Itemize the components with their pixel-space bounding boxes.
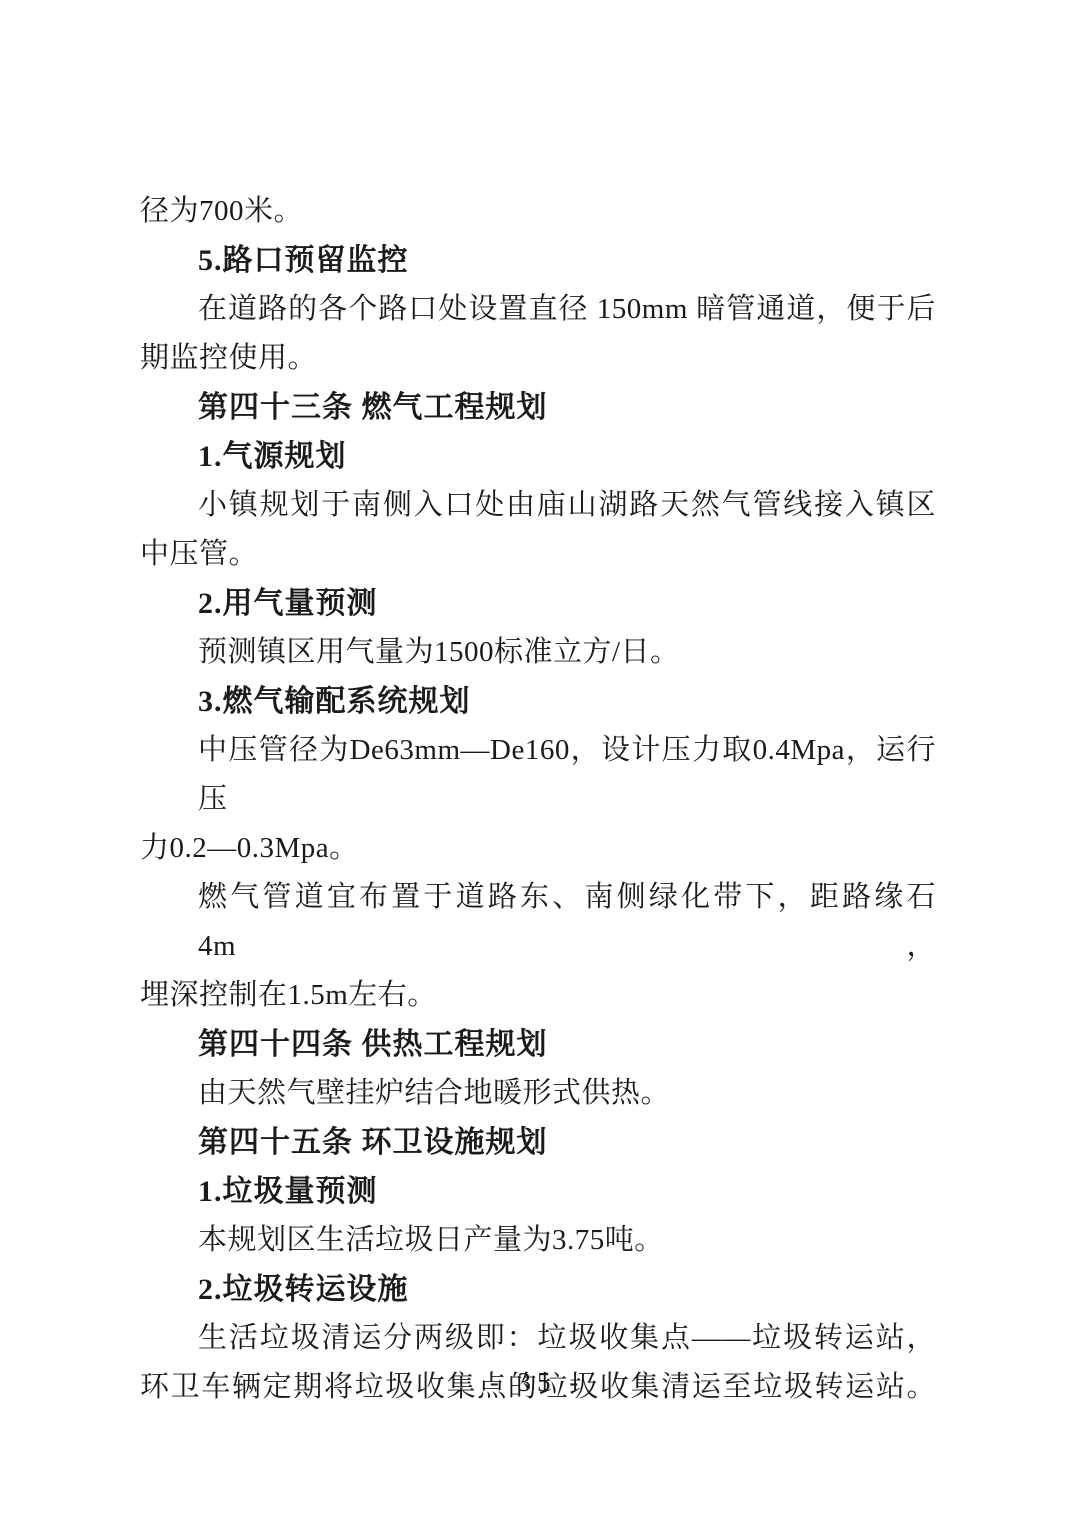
section-heading: 第四十四条 供热工程规划 xyxy=(140,1020,936,1069)
body-text-line: 本规划区生活垃圾日产量为3.75吨。 xyxy=(140,1216,936,1265)
subsection-heading: 1.气源规划 xyxy=(140,432,936,481)
section-heading: 第四十五条 环卫设施规划 xyxy=(140,1118,936,1167)
subsection-heading: 2.垃圾转运设施 xyxy=(140,1265,936,1314)
body-text-line: 预测镇区用气量为1500标准立方/日。 xyxy=(140,628,936,677)
body-text-line: 中压管。 xyxy=(140,530,936,579)
body-text-line: 径为700米。 xyxy=(140,187,936,236)
page-number: - 35 - xyxy=(0,1362,1074,1402)
subsection-heading: 1.垃圾量预测 xyxy=(140,1167,936,1216)
subsection-heading: 5.路口预留监控 xyxy=(140,236,936,285)
section-heading: 第四十三条 燃气工程规划 xyxy=(140,383,936,432)
body-text-line: 中压管径为De63mm—De160，设计压力取0.4Mpa，运行压 xyxy=(140,726,936,824)
body-text-line: 生活垃圾清运分两级即：垃圾收集点——垃圾转运站， xyxy=(140,1314,936,1363)
body-text-line: 在道路的各个路口处设置直径 150mm 暗管通道，便于后 xyxy=(140,285,936,334)
body-text-line: 燃气管道宜布置于道路东、南侧绿化带下，距路缘石4m， xyxy=(140,873,936,971)
body-text-line: 由天然气壁挂炉结合地暖形式供热。 xyxy=(140,1069,936,1118)
subsection-heading: 3.燃气输配系统规划 xyxy=(140,677,936,726)
body-text-line: 埋深控制在1.5m左右。 xyxy=(140,971,936,1020)
body-text-line: 小镇规划于南侧入口处由庙山湖路天然气管线接入镇区 xyxy=(140,481,936,530)
body-text-line: 期监控使用。 xyxy=(140,334,936,383)
subsection-heading: 2.用气量预测 xyxy=(140,579,936,628)
document-page: 径为700米。 5.路口预留监控 在道路的各个路口处设置直径 150mm 暗管通… xyxy=(0,0,1074,1520)
document-body: 径为700米。 5.路口预留监控 在道路的各个路口处设置直径 150mm 暗管通… xyxy=(140,187,936,1412)
body-text-line: 力0.2—0.3Mpa。 xyxy=(140,824,936,873)
